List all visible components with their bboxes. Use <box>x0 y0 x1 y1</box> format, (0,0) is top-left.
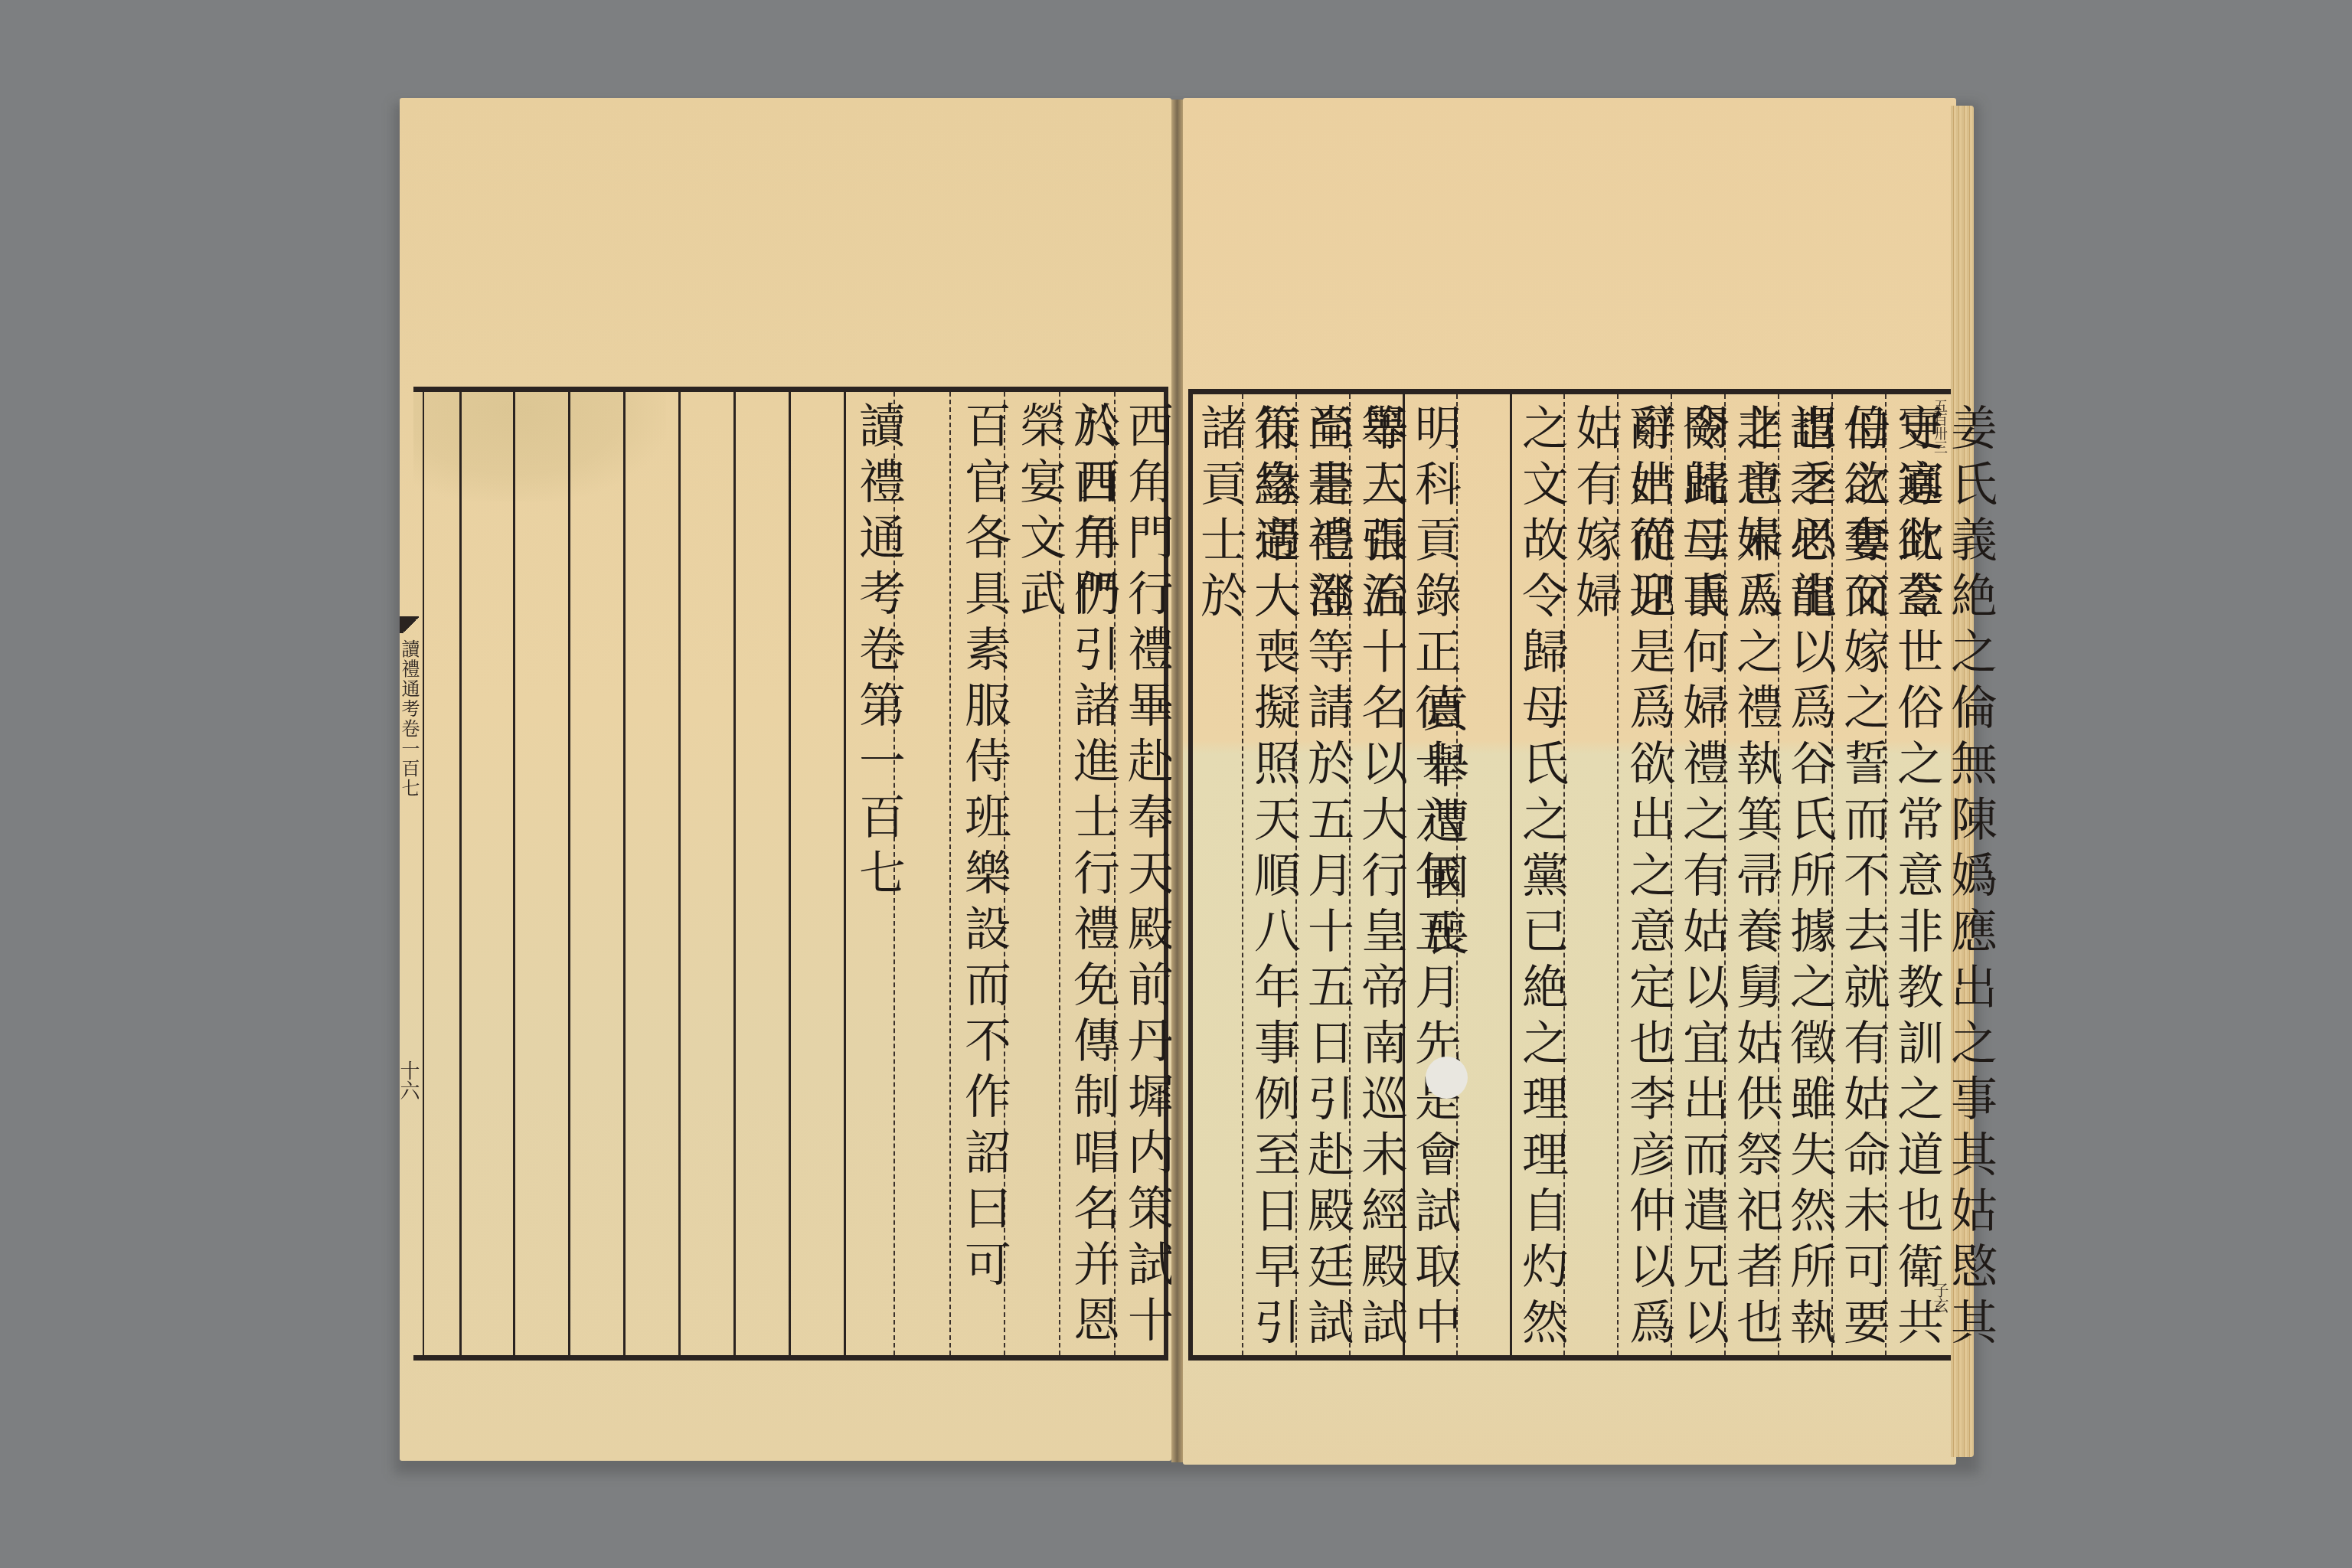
column-rule <box>1510 394 1512 1355</box>
column-rule <box>733 392 736 1355</box>
left-page-frame: 讀禮通考卷第一百七 百官各具素服侍班樂設而不作詔曰可 於西角門引諸進士行禮免傳制… <box>413 387 1168 1361</box>
right-page-frame: 行皇帝大喪擬照天順八年事例至日早引諸貢士於 尚書毛澄等請於五月十五日引赴殿廷試策… <box>1188 389 1951 1361</box>
column-rule <box>459 392 462 1355</box>
text-column: 之文故令歸母氏之黨已絶之理理自灼然 <box>1514 403 1568 1354</box>
text-column: 百官各具素服侍班樂設而不作詔曰可 <box>957 401 1011 1295</box>
column-rule <box>513 392 515 1355</box>
book-gutter <box>1171 100 1183 1462</box>
paper-wormhole <box>1426 1057 1468 1099</box>
corner-note-bottom: 子玄 <box>1929 1282 1952 1313</box>
column-rule <box>568 392 570 1355</box>
text-column: 西角門行禮畢赴奉天殿前丹墀内策試十八日早仍 <box>1067 401 1174 1355</box>
column-rule <box>789 392 791 1355</box>
text-column-volume-end: 讀禮通考卷第一百七 <box>851 401 905 904</box>
column-rule <box>949 392 951 1355</box>
column-rule <box>623 392 626 1355</box>
text-column: 姜氏義絶之倫無陳嬀應出之事其姑愍其守寡欲令 <box>1890 403 1997 1355</box>
section-heading: 貢舉遭國喪 <box>1415 685 1468 965</box>
column-rule <box>844 392 846 1355</box>
corner-note-top: 五百卅三 <box>1929 399 1949 454</box>
column-rule <box>678 392 681 1355</box>
